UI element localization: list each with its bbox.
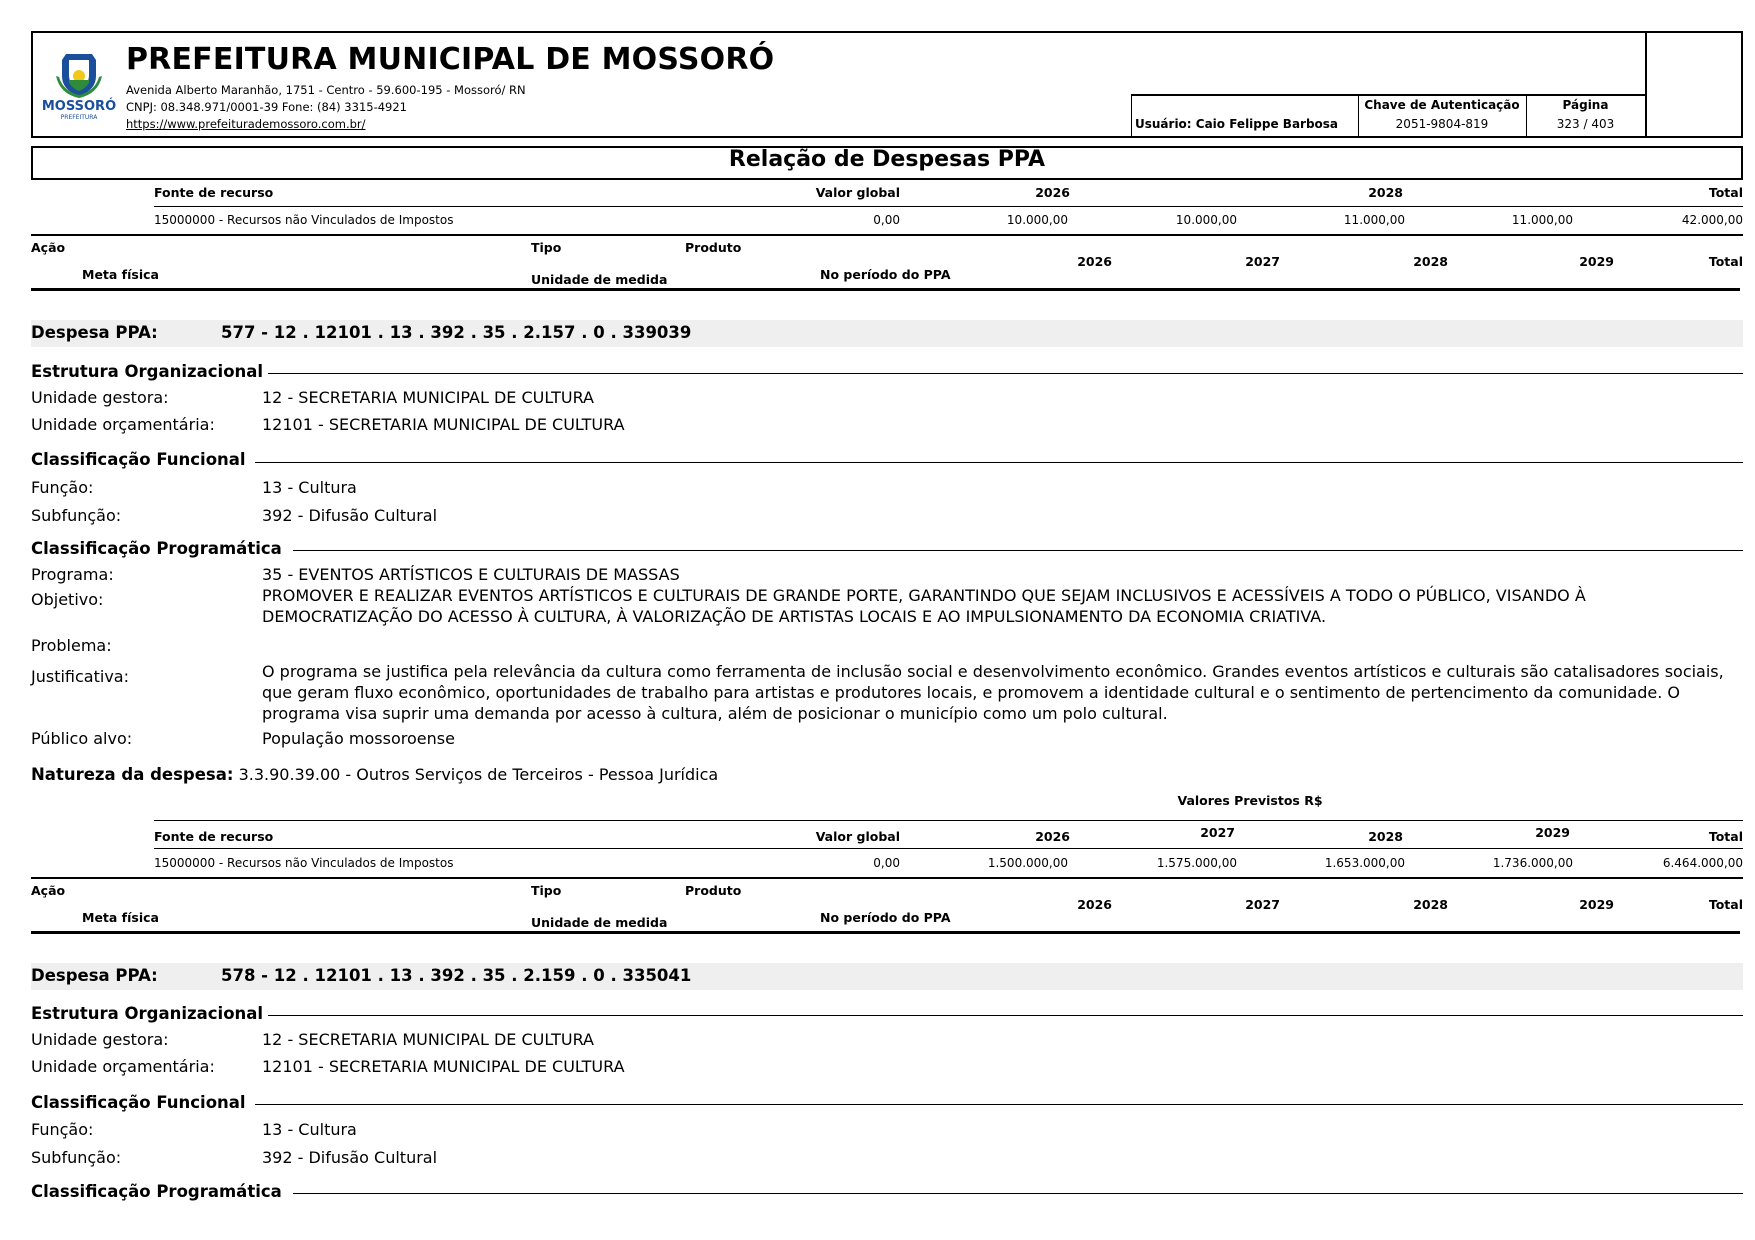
col-total: Total bbox=[1643, 254, 1743, 269]
subfuncao-label: Subfunção: bbox=[31, 1148, 121, 1167]
section-rule bbox=[268, 373, 1743, 374]
unidade-orcamentaria-label: Unidade orçamentária: bbox=[31, 1057, 215, 1076]
col-total: Total bbox=[1643, 897, 1743, 912]
unidade-gestora-label: Unidade gestora: bbox=[31, 388, 169, 407]
col-2026: 2026 bbox=[970, 829, 1070, 844]
value-2027: 10.000,00 bbox=[1137, 213, 1237, 227]
col-tipo: Tipo bbox=[531, 883, 561, 898]
report-title: Relação de Despesas PPA bbox=[31, 147, 1743, 172]
address: Avenida Alberto Maranhão, 1751 - Centro … bbox=[126, 83, 526, 97]
unidade-gestora-value: 12 - SECRETARIA MUNICIPAL DE CULTURA bbox=[262, 388, 594, 407]
objetivo-value: PROMOVER E REALIZAR EVENTOS ARTÍSTICOS E… bbox=[262, 585, 1740, 627]
col-2028: 2028 bbox=[1303, 185, 1403, 200]
funcao-value: 13 - Cultura bbox=[262, 478, 357, 497]
col-unidade-medida: Unidade de medida bbox=[531, 915, 667, 930]
subfuncao-value: 392 - Difusão Cultural bbox=[262, 506, 437, 525]
col-no-periodo: No período do PPA bbox=[820, 267, 951, 282]
unidade-gestora-label: Unidade gestora: bbox=[31, 1030, 169, 1049]
col-acao: Ação bbox=[31, 240, 65, 255]
unidade-orcamentaria-label: Unidade orçamentária: bbox=[31, 415, 215, 434]
fonte-recurso-value: 15000000 - Recursos não Vinculados de Im… bbox=[154, 856, 453, 870]
value-2026: 1.500.000,00 bbox=[948, 856, 1068, 870]
col-2028: 2028 bbox=[1348, 897, 1448, 912]
section-classificacao-funcional: Classificação Funcional bbox=[31, 1093, 246, 1112]
col-2029: 2029 bbox=[1470, 825, 1570, 840]
value-2029: 1.736.000,00 bbox=[1453, 856, 1573, 870]
acao-header-line bbox=[31, 931, 1740, 934]
col-2028: 2028 bbox=[1303, 829, 1403, 844]
col-tipo: Tipo bbox=[531, 240, 561, 255]
despesa-label: Despesa PPA: bbox=[31, 966, 158, 985]
funcao-label: Função: bbox=[31, 478, 93, 497]
table-divider bbox=[154, 848, 1743, 849]
subfuncao-label: Subfunção: bbox=[31, 506, 121, 525]
natureza-despesa: Natureza da despesa: 3.3.90.39.00 - Outr… bbox=[31, 765, 718, 784]
col-meta-fisica: Meta física bbox=[82, 910, 159, 925]
unidade-orcamentaria-value: 12101 - SECRETARIA MUNICIPAL DE CULTURA bbox=[262, 1057, 625, 1076]
col-meta-fisica: Meta física bbox=[82, 267, 159, 282]
acao-header-line bbox=[31, 288, 1740, 291]
value-2028: 1.653.000,00 bbox=[1285, 856, 1405, 870]
value-2028: 11.000,00 bbox=[1305, 213, 1405, 227]
unidade-orcamentaria-value: 12101 - SECRETARIA MUNICIPAL DE CULTURA bbox=[262, 415, 625, 434]
funcao-label: Função: bbox=[31, 1120, 93, 1139]
page-number: 323 / 403 bbox=[1526, 117, 1645, 131]
natureza-label: Natureza da despesa: bbox=[31, 765, 233, 784]
fonte-recurso-value: 15000000 - Recursos não Vinculados de Im… bbox=[154, 213, 453, 227]
col-produto: Produto bbox=[685, 240, 741, 255]
cnpj-phone: CNPJ: 08.348.971/0001-39 Fone: (84) 3315… bbox=[126, 100, 407, 114]
col-2026: 2026 bbox=[1012, 897, 1112, 912]
value-2029: 11.000,00 bbox=[1473, 213, 1573, 227]
table-bottom-line bbox=[31, 877, 1743, 879]
natureza-value: 3.3.90.39.00 - Outros Serviços de Tercei… bbox=[239, 765, 719, 784]
publico-alvo-label: Público alvo: bbox=[31, 729, 132, 748]
col-2028: 2028 bbox=[1348, 254, 1448, 269]
col-2029: 2029 bbox=[1514, 254, 1614, 269]
col-no-periodo: No período do PPA bbox=[820, 910, 951, 925]
valor-global-value: 0,00 bbox=[780, 856, 900, 870]
objetivo-label: Objetivo: bbox=[31, 590, 103, 609]
page-label: Página bbox=[1526, 98, 1645, 112]
col-total: Total bbox=[1600, 185, 1743, 200]
despesa-label: Despesa PPA: bbox=[31, 323, 158, 342]
col-2027: 2027 bbox=[1135, 825, 1235, 840]
col-2027: 2027 bbox=[1180, 897, 1280, 912]
programa-label: Programa: bbox=[31, 565, 114, 584]
section-rule bbox=[293, 1193, 1743, 1194]
value-total: 6.464.000,00 bbox=[1600, 856, 1743, 870]
programa-value: 35 - EVENTOS ARTÍSTICOS E CULTURAIS DE M… bbox=[262, 565, 680, 584]
section-estrutura-organizacional: Estrutura Organizacional bbox=[31, 362, 263, 381]
auth-key-value: 2051-9804-819 bbox=[1358, 117, 1526, 131]
col-fonte-recurso: Fonte de recurso bbox=[154, 829, 273, 844]
coat-of-arms-icon: MOSSORÓ PREFEITURA bbox=[42, 50, 116, 122]
svg-text:MOSSORÓ: MOSSORÓ bbox=[42, 98, 116, 114]
col-acao: Ação bbox=[31, 883, 65, 898]
website-link[interactable]: https://www.prefeiturademossoro.com.br/ bbox=[126, 117, 366, 131]
valor-global-value: 0,00 bbox=[780, 213, 900, 227]
section-estrutura-organizacional: Estrutura Organizacional bbox=[31, 1004, 263, 1023]
table-bottom-line bbox=[31, 234, 1743, 236]
table-top-line bbox=[154, 820, 1743, 821]
col-fonte-recurso: Fonte de recurso bbox=[154, 185, 273, 200]
col-valor-global: Valor global bbox=[780, 829, 900, 844]
svg-text:PREFEITURA: PREFEITURA bbox=[61, 114, 99, 121]
section-classificacao-programatica: Classificação Programática bbox=[31, 539, 282, 558]
table-divider bbox=[154, 206, 1743, 207]
funcao-value: 13 - Cultura bbox=[262, 1120, 357, 1139]
unidade-gestora-value: 12 - SECRETARIA MUNICIPAL DE CULTURA bbox=[262, 1030, 594, 1049]
justificativa-label: Justificativa: bbox=[31, 667, 129, 686]
publico-alvo-value: População mossoroense bbox=[262, 729, 455, 748]
section-classificacao-funcional: Classificação Funcional bbox=[31, 450, 246, 469]
auth-key-label: Chave de Autenticação bbox=[1358, 98, 1526, 112]
value-total: 42.000,00 bbox=[1600, 213, 1743, 227]
subfuncao-value: 392 - Difusão Cultural bbox=[262, 1148, 437, 1167]
valores-previstos-label: Valores Previstos R$ bbox=[1150, 793, 1350, 808]
col-2026: 2026 bbox=[1012, 254, 1112, 269]
col-valor-global: Valor global bbox=[780, 185, 900, 200]
problema-label: Problema: bbox=[31, 636, 112, 655]
section-rule bbox=[293, 550, 1743, 551]
despesa-code: 577 - 12 . 12101 . 13 . 392 . 35 . 2.157… bbox=[221, 323, 691, 342]
mossoro-logo: MOSSORÓ PREFEITURA bbox=[42, 50, 116, 122]
section-classificacao-programatica: Classificação Programática bbox=[31, 1182, 282, 1201]
section-rule bbox=[268, 1015, 1743, 1016]
col-unidade-medida: Unidade de medida bbox=[531, 272, 667, 287]
section-rule bbox=[255, 1104, 1743, 1105]
col-total: Total bbox=[1600, 829, 1743, 844]
organization-title: PREFEITURA MUNICIPAL DE MOSSORÓ bbox=[126, 42, 774, 77]
col-2029: 2029 bbox=[1514, 897, 1614, 912]
value-2027: 1.575.000,00 bbox=[1117, 856, 1237, 870]
col-2026: 2026 bbox=[970, 185, 1070, 200]
col-produto: Produto bbox=[685, 883, 741, 898]
value-2026: 10.000,00 bbox=[968, 213, 1068, 227]
col-2027: 2027 bbox=[1180, 254, 1280, 269]
despesa-code: 578 - 12 . 12101 . 13 . 392 . 35 . 2.159… bbox=[221, 966, 691, 985]
section-rule bbox=[255, 462, 1743, 463]
justificativa-value: O programa se justifica pela relevância … bbox=[262, 661, 1740, 724]
user-label: Usuário: Caio Felippe Barbosa bbox=[1135, 117, 1338, 131]
